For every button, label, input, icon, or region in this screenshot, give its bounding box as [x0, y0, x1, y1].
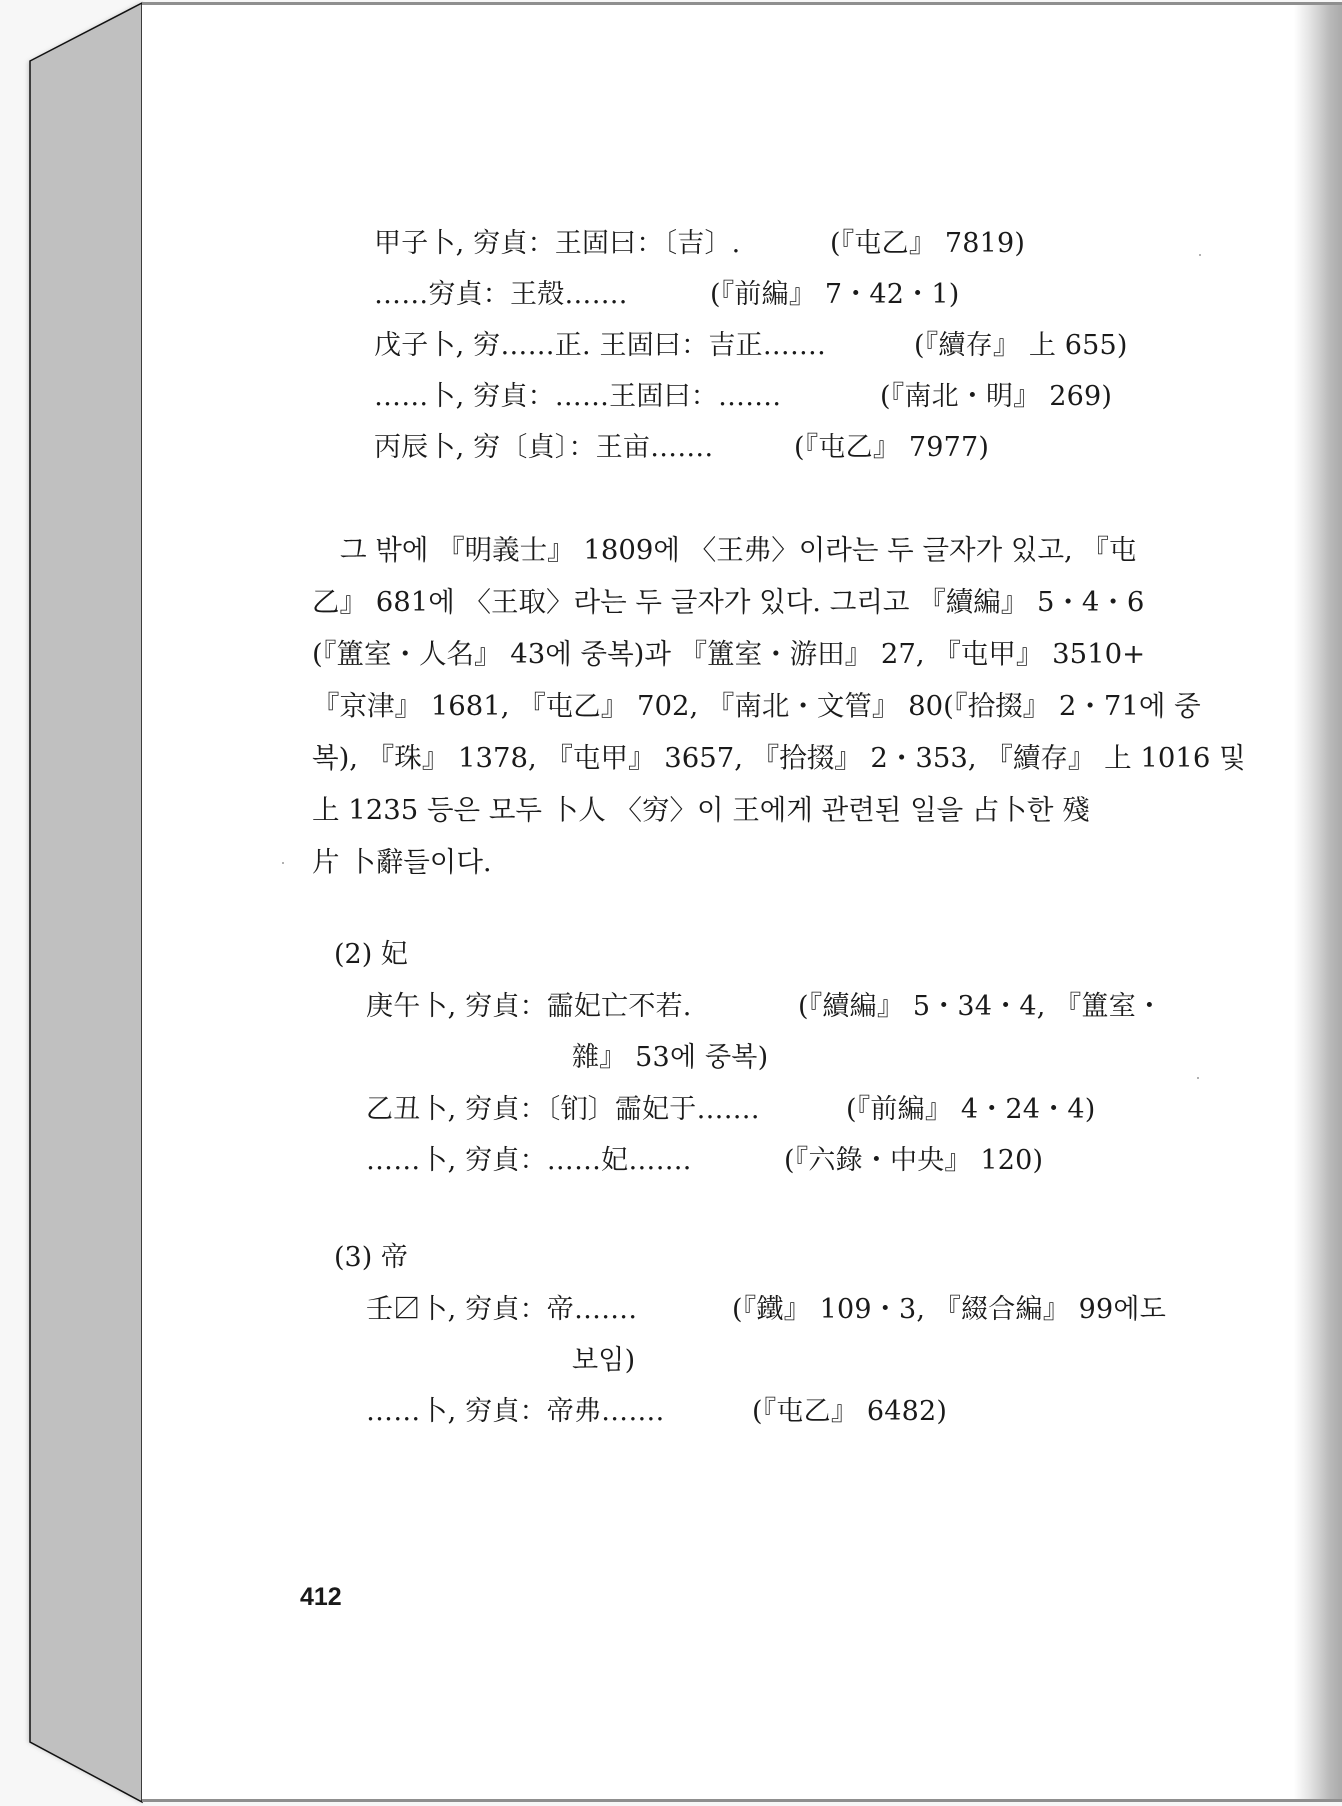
example-line: 庚午卜, 穷貞：霝妃亡不若. (『續編』 5・34・4, 『簠室・ [366, 989, 692, 1025]
example-line: ……卜, 穷貞：……妃……. (『六錄・中央』 120) [366, 1143, 692, 1179]
book-page [142, 2, 1342, 1802]
scan-speck [1199, 254, 1201, 256]
page-number: 412 [300, 1583, 342, 1612]
paragraph-line: 『京津』 1681, 『屯乙』 702, 『南北・文管』 80(『拾掇』 2・7… [312, 688, 1182, 724]
paragraph-line: 片 卜辭들이다. [312, 844, 1182, 880]
paragraph-line: 그 밖에 『明義士』 1809에 〈王弗〉이라는 두 글자가 있고, 『屯 [340, 532, 1182, 568]
paragraph-line: (『簠室・人名』 43에 중복)과 『簠室・游田』 27, 『屯甲』 3510+ [312, 636, 1182, 672]
scan-speck [1197, 1077, 1199, 1079]
example-line: 壬〼卜, 穷貞：帝……. (『鐵』 109・3, 『綴合編』 99에도 [366, 1292, 637, 1328]
citation-continuation: 보임) [572, 1343, 635, 1379]
section-heading-3: (3) 帝 [334, 1240, 408, 1276]
example-line: 丙辰卜, 穷〔貞〕：王亩……. (『屯乙』 7977) [374, 430, 713, 466]
paragraph-line: 乙』 681에 〈王取〉라는 두 글자가 있다. 그리고 『續編』 5・4・6 [312, 584, 1182, 620]
page-gutter-shadow [1294, 5, 1342, 1799]
example-line: ……穷貞：王殻……. (『前編』 7・42・1) [374, 277, 628, 313]
scan-speck [282, 862, 284, 864]
example-line: ……卜, 穷貞：帝弗……. (『屯乙』 6482) [366, 1394, 664, 1430]
example-line: 甲子卜, 穷貞：王固曰：〔吉〕. (『屯乙』 7819) [374, 226, 740, 262]
book-spine-edge [0, 0, 145, 1806]
citation-continuation: 雜』 53에 중복) [572, 1040, 768, 1076]
paragraph-line: 복), 『珠』 1378, 『屯甲』 3657, 『拾掇』 2・353, 『續存… [312, 740, 1182, 776]
section-heading-2: (2) 妃 [334, 937, 408, 973]
example-line: ……卜, 穷貞：……王固曰：……. (『南北・明』 269) [374, 379, 781, 415]
example-line: 乙丑卜, 穷貞：〔钔〕霝妃于……. (『前編』 4・24・4) [366, 1092, 760, 1128]
example-line: 戊子卜, 穷……正. 王固曰：吉正……. (『續存』 上 655) [374, 328, 826, 364]
paragraph-line: 上 1235 등은 모두 卜人 〈穷〉이 王에게 관련된 일을 占卜한 殘 [312, 792, 1182, 828]
